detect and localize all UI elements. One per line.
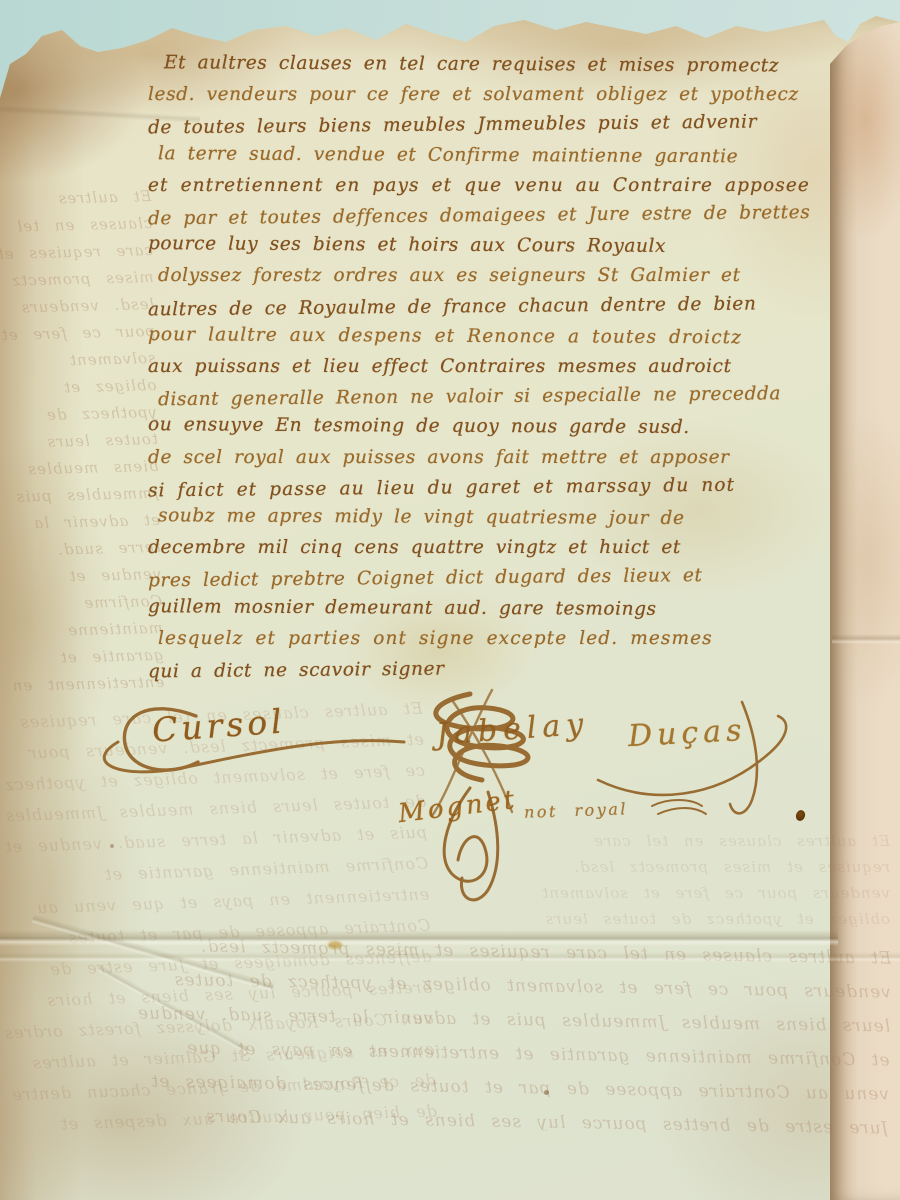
- manuscript-text: Et aultres clauses en tel care requises …: [148, 50, 848, 684]
- manuscript-line: qui a dict ne scavoir signer: [148, 651, 848, 688]
- manuscript-line: et entretiennent en pays et que venu au …: [148, 171, 848, 201]
- manuscript-line: Et aultres clauses en tel care requises …: [148, 48, 848, 82]
- manuscript-line: guillem mosnier demeurant aud. gare tesm…: [148, 592, 848, 626]
- manuscript-line: decembre mil cinq cens quattre vingtz et…: [148, 533, 848, 563]
- manuscript-line: aux puissans et lieu effect Contraires m…: [148, 352, 848, 382]
- manuscript-photo: Et aultres clauses en tel care requises …: [0, 0, 900, 1200]
- manuscript-line: pource luy ses biens et hoirs aux Cours …: [148, 229, 848, 263]
- manuscript-line: la terre suad. vendue et Confirme mainti…: [148, 139, 848, 173]
- manuscript-line: pres ledict prebtre Coignet dict dugard …: [148, 560, 848, 597]
- manuscript-line: soubz me apres midy le vingt quatriesme …: [148, 501, 848, 535]
- manuscript-line: aultres de ce Royaulme de france chacun …: [148, 288, 848, 325]
- manuscript-line: pour laultre aux despens et Renonce a to…: [148, 320, 848, 354]
- notary-notation: not royal: [524, 799, 629, 822]
- manuscript-line: lesd. vendeurs pour ce fere et solvament…: [148, 80, 848, 110]
- signature-right: Duças: [627, 713, 747, 754]
- manuscript-line: de scel royal aux puisses avons fait met…: [148, 443, 848, 473]
- manuscript-line: lesquelz et parties ont signe excepte le…: [148, 624, 848, 654]
- manuscript-line: dolyssez forestz ordres aux es seigneurs…: [148, 261, 848, 291]
- manuscript-line: de toutes leurs biens meubles Jmmeubles …: [148, 107, 848, 144]
- manuscript-line: ou ensuyve En tesmoing de quoy nous gard…: [148, 411, 848, 445]
